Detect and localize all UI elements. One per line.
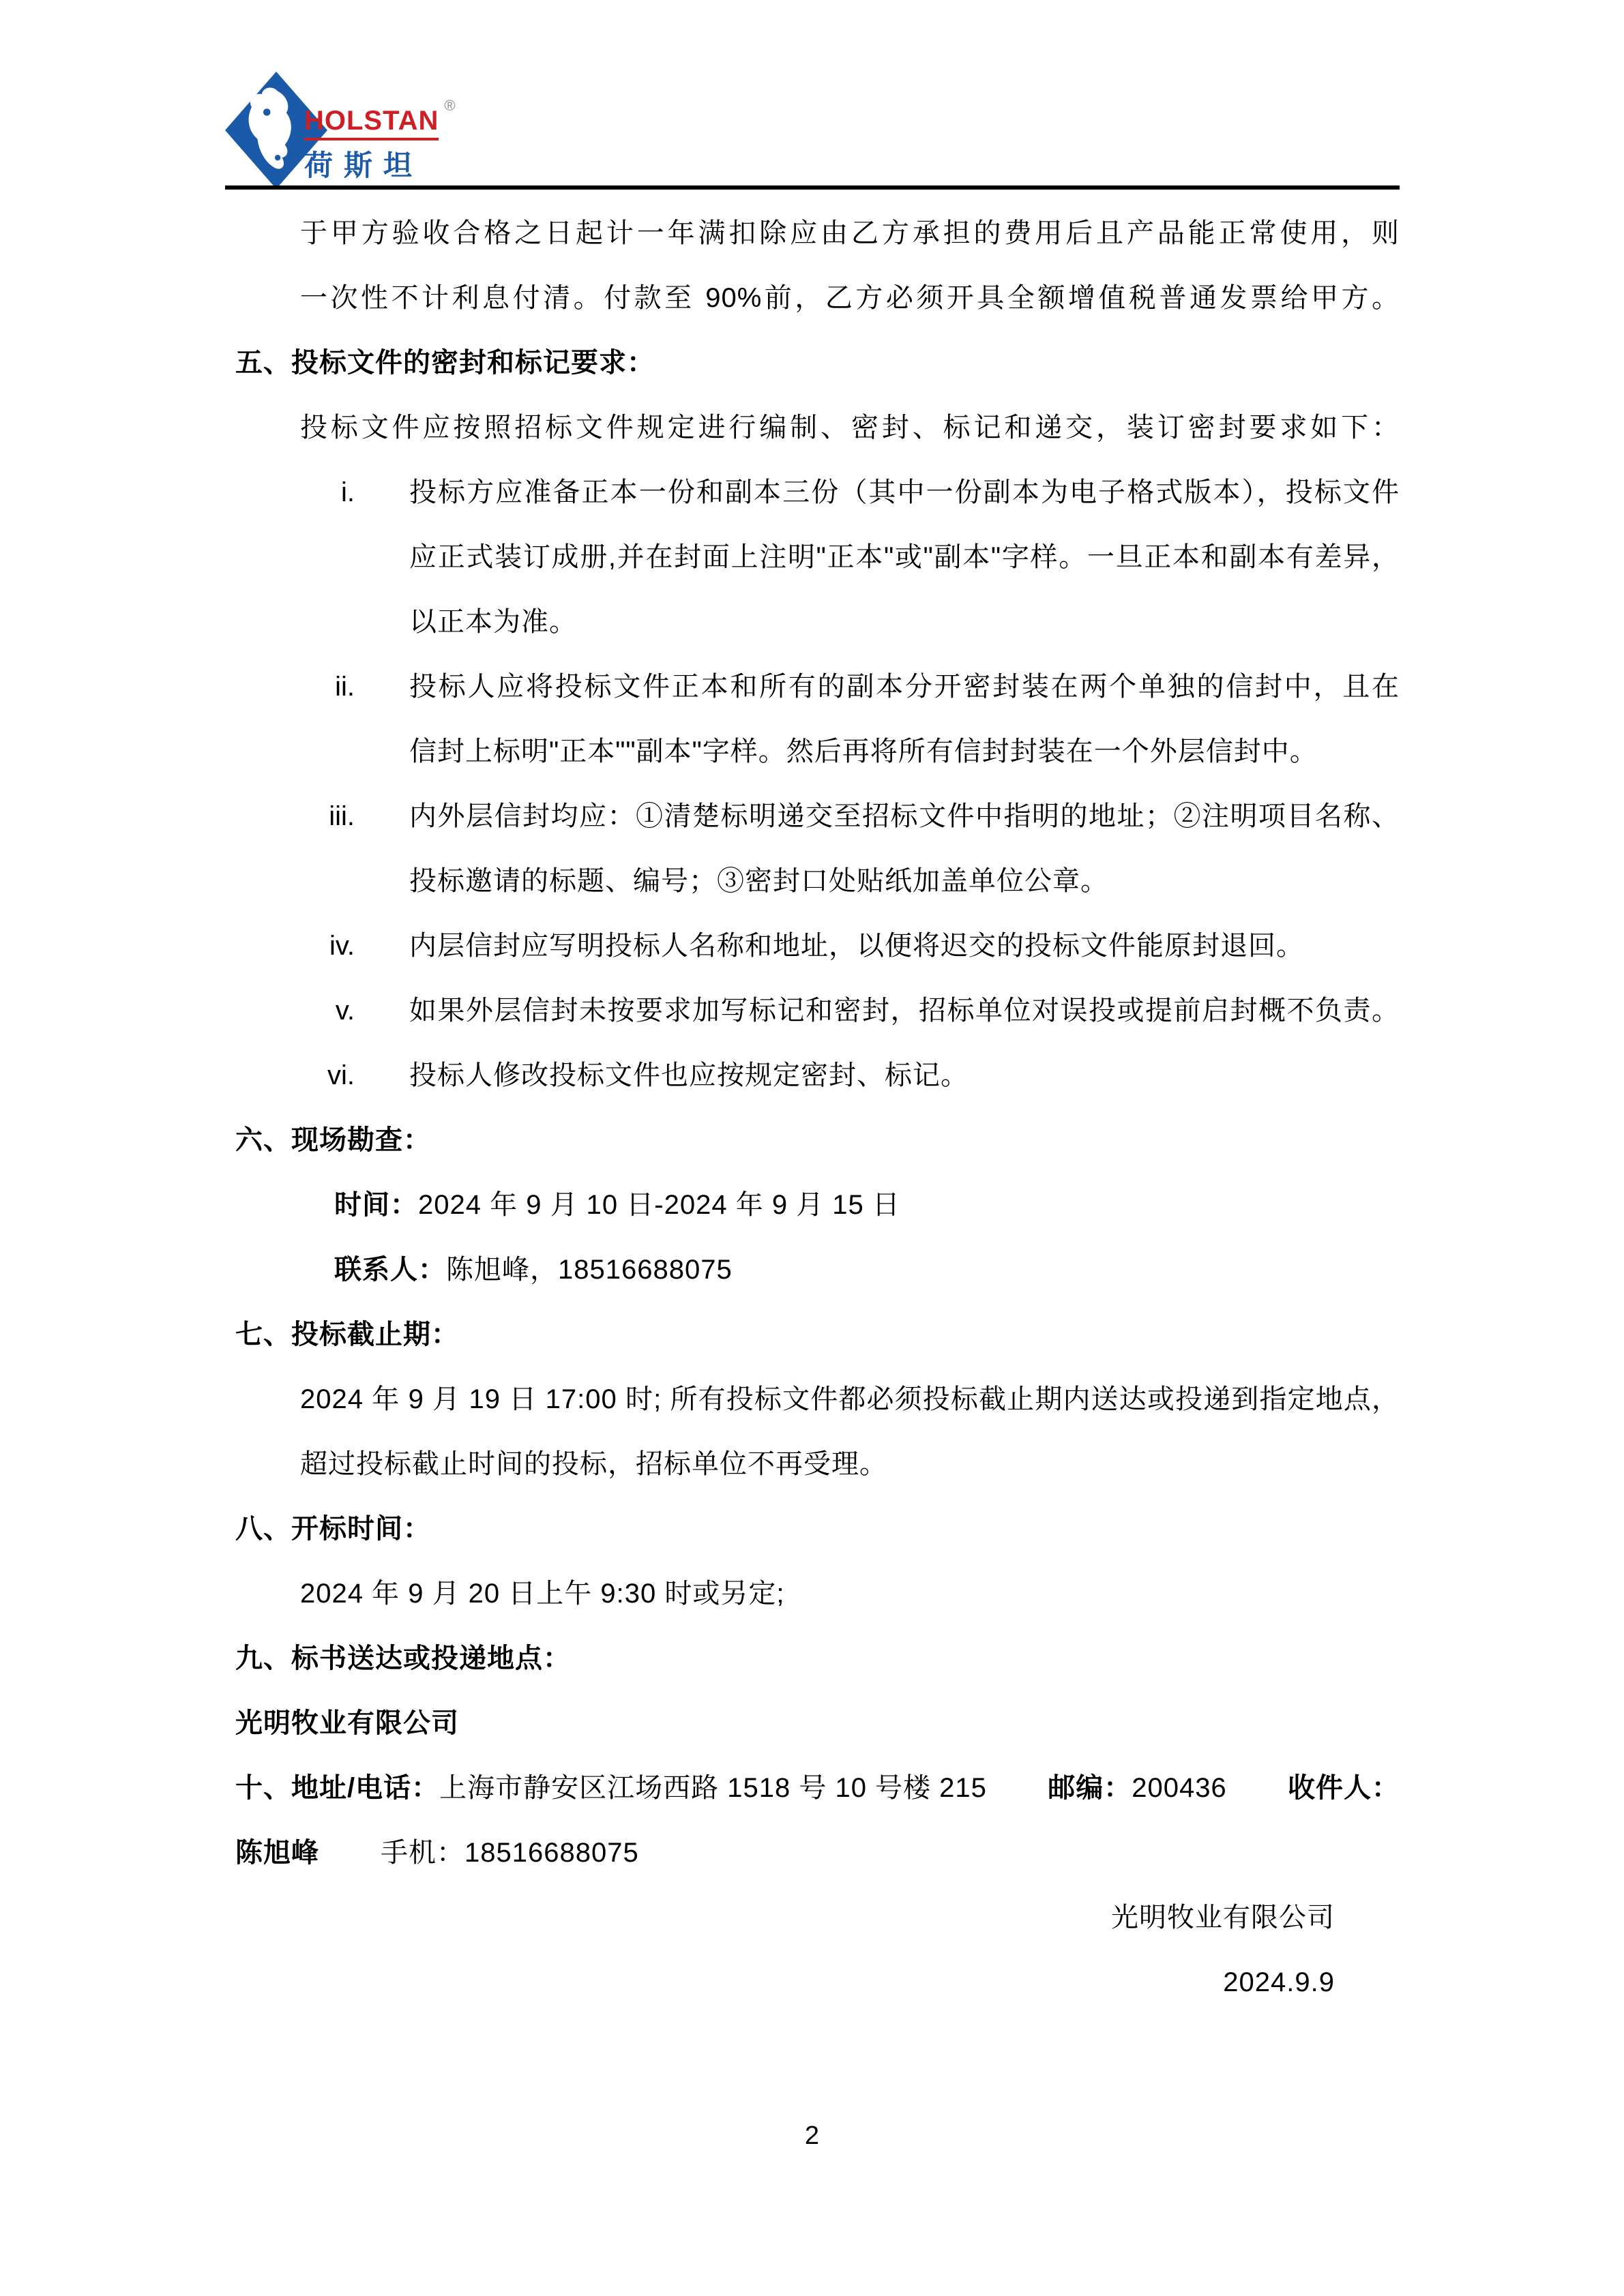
delivery-company: 光明牧业有限公司 [235,1691,1400,1756]
logo-brand-text: HOLSTAN [304,106,439,140]
list-item-text: 投标邀请的标题、编号；③密封口处贴纸加盖单位公章。 [235,849,1400,914]
list-item-ii: ii. 投标人应将投标文件正本和所有的副本分开密封装在两个单独的信封中，且在 [235,655,1400,719]
list-item-text: 以正本为准。 [235,590,1400,655]
list-item-iv: iv. 内层信封应写明投标人名称和地址，以便将迟交的投标文件能原封退回。 [235,914,1400,979]
list-item-text: 内层信封应写明投标人名称和地址，以便将迟交的投标文件能原封退回。 [409,914,1400,979]
signature-date: 2024.9.9 [235,1950,1400,2015]
signature-company: 光明牧业有限公司 [235,1885,1400,1950]
document-page: HOLSTAN® 荷斯坦 于甲方验收合格之日起计一年满扣除应由乙方承担的费用后且… [0,0,1624,2296]
list-marker: ii. [300,655,355,719]
logo-brand-chinese: 荷斯坦 [304,143,456,184]
site-visit-time-line: 时间：2024 年 9 月 10 日-2024 年 9 月 15 日 [235,1173,1400,1238]
address-value: 上海市静安区江场西路 1518 号 10 号楼 215 [439,1773,987,1803]
section-5-title: 五、投标文件的密封和标记要求： [235,331,1400,396]
recipient-label: 收件人： [1288,1756,1400,1821]
registered-mark-icon: ® [444,97,455,114]
header-divider [225,185,1400,190]
list-marker: vi. [300,1043,355,1108]
logo-brand-row: HOLSTAN® [304,97,456,136]
section-9-title: 九、标书送达或投递地点： [235,1626,1400,1691]
section-5-intro: 投标文件应按照招标文件规定进行编制、密封、标记和递交，装订密封要求如下： [235,396,1400,460]
bid-opening-line: 2024 年 9 月 20 日上午 9:30 时或另定; [235,1562,1400,1626]
list-item-i: i. 投标方应准备正本一份和副本三份（其中一份副本为电子格式版本），投标文件 [235,460,1400,525]
time-label: 时间： [334,1190,418,1220]
section-8-title: 八、开标时间： [235,1497,1400,1562]
document-body: 于甲方验收合格之日起计一年满扣除应由乙方承担的费用后且产品能正常使用，则 一次性… [235,201,1400,2015]
phone-label: 手机： [381,1838,464,1868]
list-marker: iii. [300,784,355,849]
list-item-text: 投标方应准备正本一份和副本三份（其中一份副本为电子格式版本），投标文件 [409,460,1400,525]
deadline-line: 超过投标截止时间的投标，招标单位不再受理。 [235,1432,1400,1497]
contact-value: 陈旭峰，18516688075 [446,1255,733,1285]
section-6-title: 六、现场勘查： [235,1108,1400,1173]
zip-value: 200436 [1132,1773,1226,1803]
site-visit-contact-line: 联系人：陈旭峰，18516688075 [235,1238,1400,1302]
list-item-text: 内外层信封均应：①清楚标明递交至招标文件中指明的地址；②注明项目名称、 [409,784,1400,849]
holstan-logo: HOLSTAN® 荷斯坦 [225,68,607,188]
address-line: 十、地址/电话：上海市静安区江场西路 1518 号 10 号楼 215 邮编：2… [235,1756,1400,1821]
list-item-text: 如果外层信封未按要求加写标记和密封，招标单位对误投或提前启封概不负责。 [409,979,1400,1043]
phone-value: 18516688075 [464,1838,639,1868]
list-item-text: 投标人应将投标文件正本和所有的副本分开密封装在两个单独的信封中，且在 [409,655,1400,719]
deadline-line: 2024 年 9 月 19 日 17:00 时; 所有投标文件都必须投标截止期内… [235,1367,1400,1432]
logo-text-block: HOLSTAN® 荷斯坦 [304,97,456,184]
paragraph-line: 一次性不计利息付清。付款至 90%前，乙方必须开具全额增值税普通发票给甲方。 [235,266,1400,331]
contact-label: 联系人： [334,1255,446,1285]
section-7-title: 七、投标截止期： [235,1302,1400,1367]
page-number: 2 [0,2115,1624,2156]
zip-group: 邮编：200436 [1048,1756,1226,1821]
list-item-text: 投标人修改投标文件也应按规定密封、标记。 [409,1043,1400,1108]
cow-head-icon [240,87,312,174]
recipient-name: 陈旭峰 [235,1838,319,1868]
list-item-text: 应正式装订成册,并在封面上注明"正本"或"副本"字样。一旦正本和副本有差异， [235,525,1400,590]
zip-label: 邮编： [1048,1773,1132,1803]
paragraph-line: 于甲方验收合格之日起计一年满扣除应由乙方承担的费用后且产品能正常使用，则 [235,201,1400,266]
list-item-vi: vi. 投标人修改投标文件也应按规定密封、标记。 [235,1043,1400,1108]
address-label: 十、地址/电话： [235,1773,439,1803]
recipient-line: 陈旭峰手机：18516688075 [235,1821,1400,1885]
address-group: 十、地址/电话：上海市静安区江场西路 1518 号 10 号楼 215 [235,1756,987,1821]
list-marker: v. [300,979,355,1043]
list-item-text: 信封上标明"正本""副本"字样。然后再将所有信封封装在一个外层信封中。 [235,719,1400,784]
list-item-v: v. 如果外层信封未按要求加写标记和密封，招标单位对误投或提前启封概不负责。 [235,979,1400,1043]
list-marker: iv. [300,914,355,979]
list-marker: i. [300,460,355,525]
time-value: 2024 年 9 月 10 日-2024 年 9 月 15 日 [418,1190,900,1220]
list-item-iii: iii. 内外层信封均应：①清楚标明递交至招标文件中指明的地址；②注明项目名称、 [235,784,1400,849]
